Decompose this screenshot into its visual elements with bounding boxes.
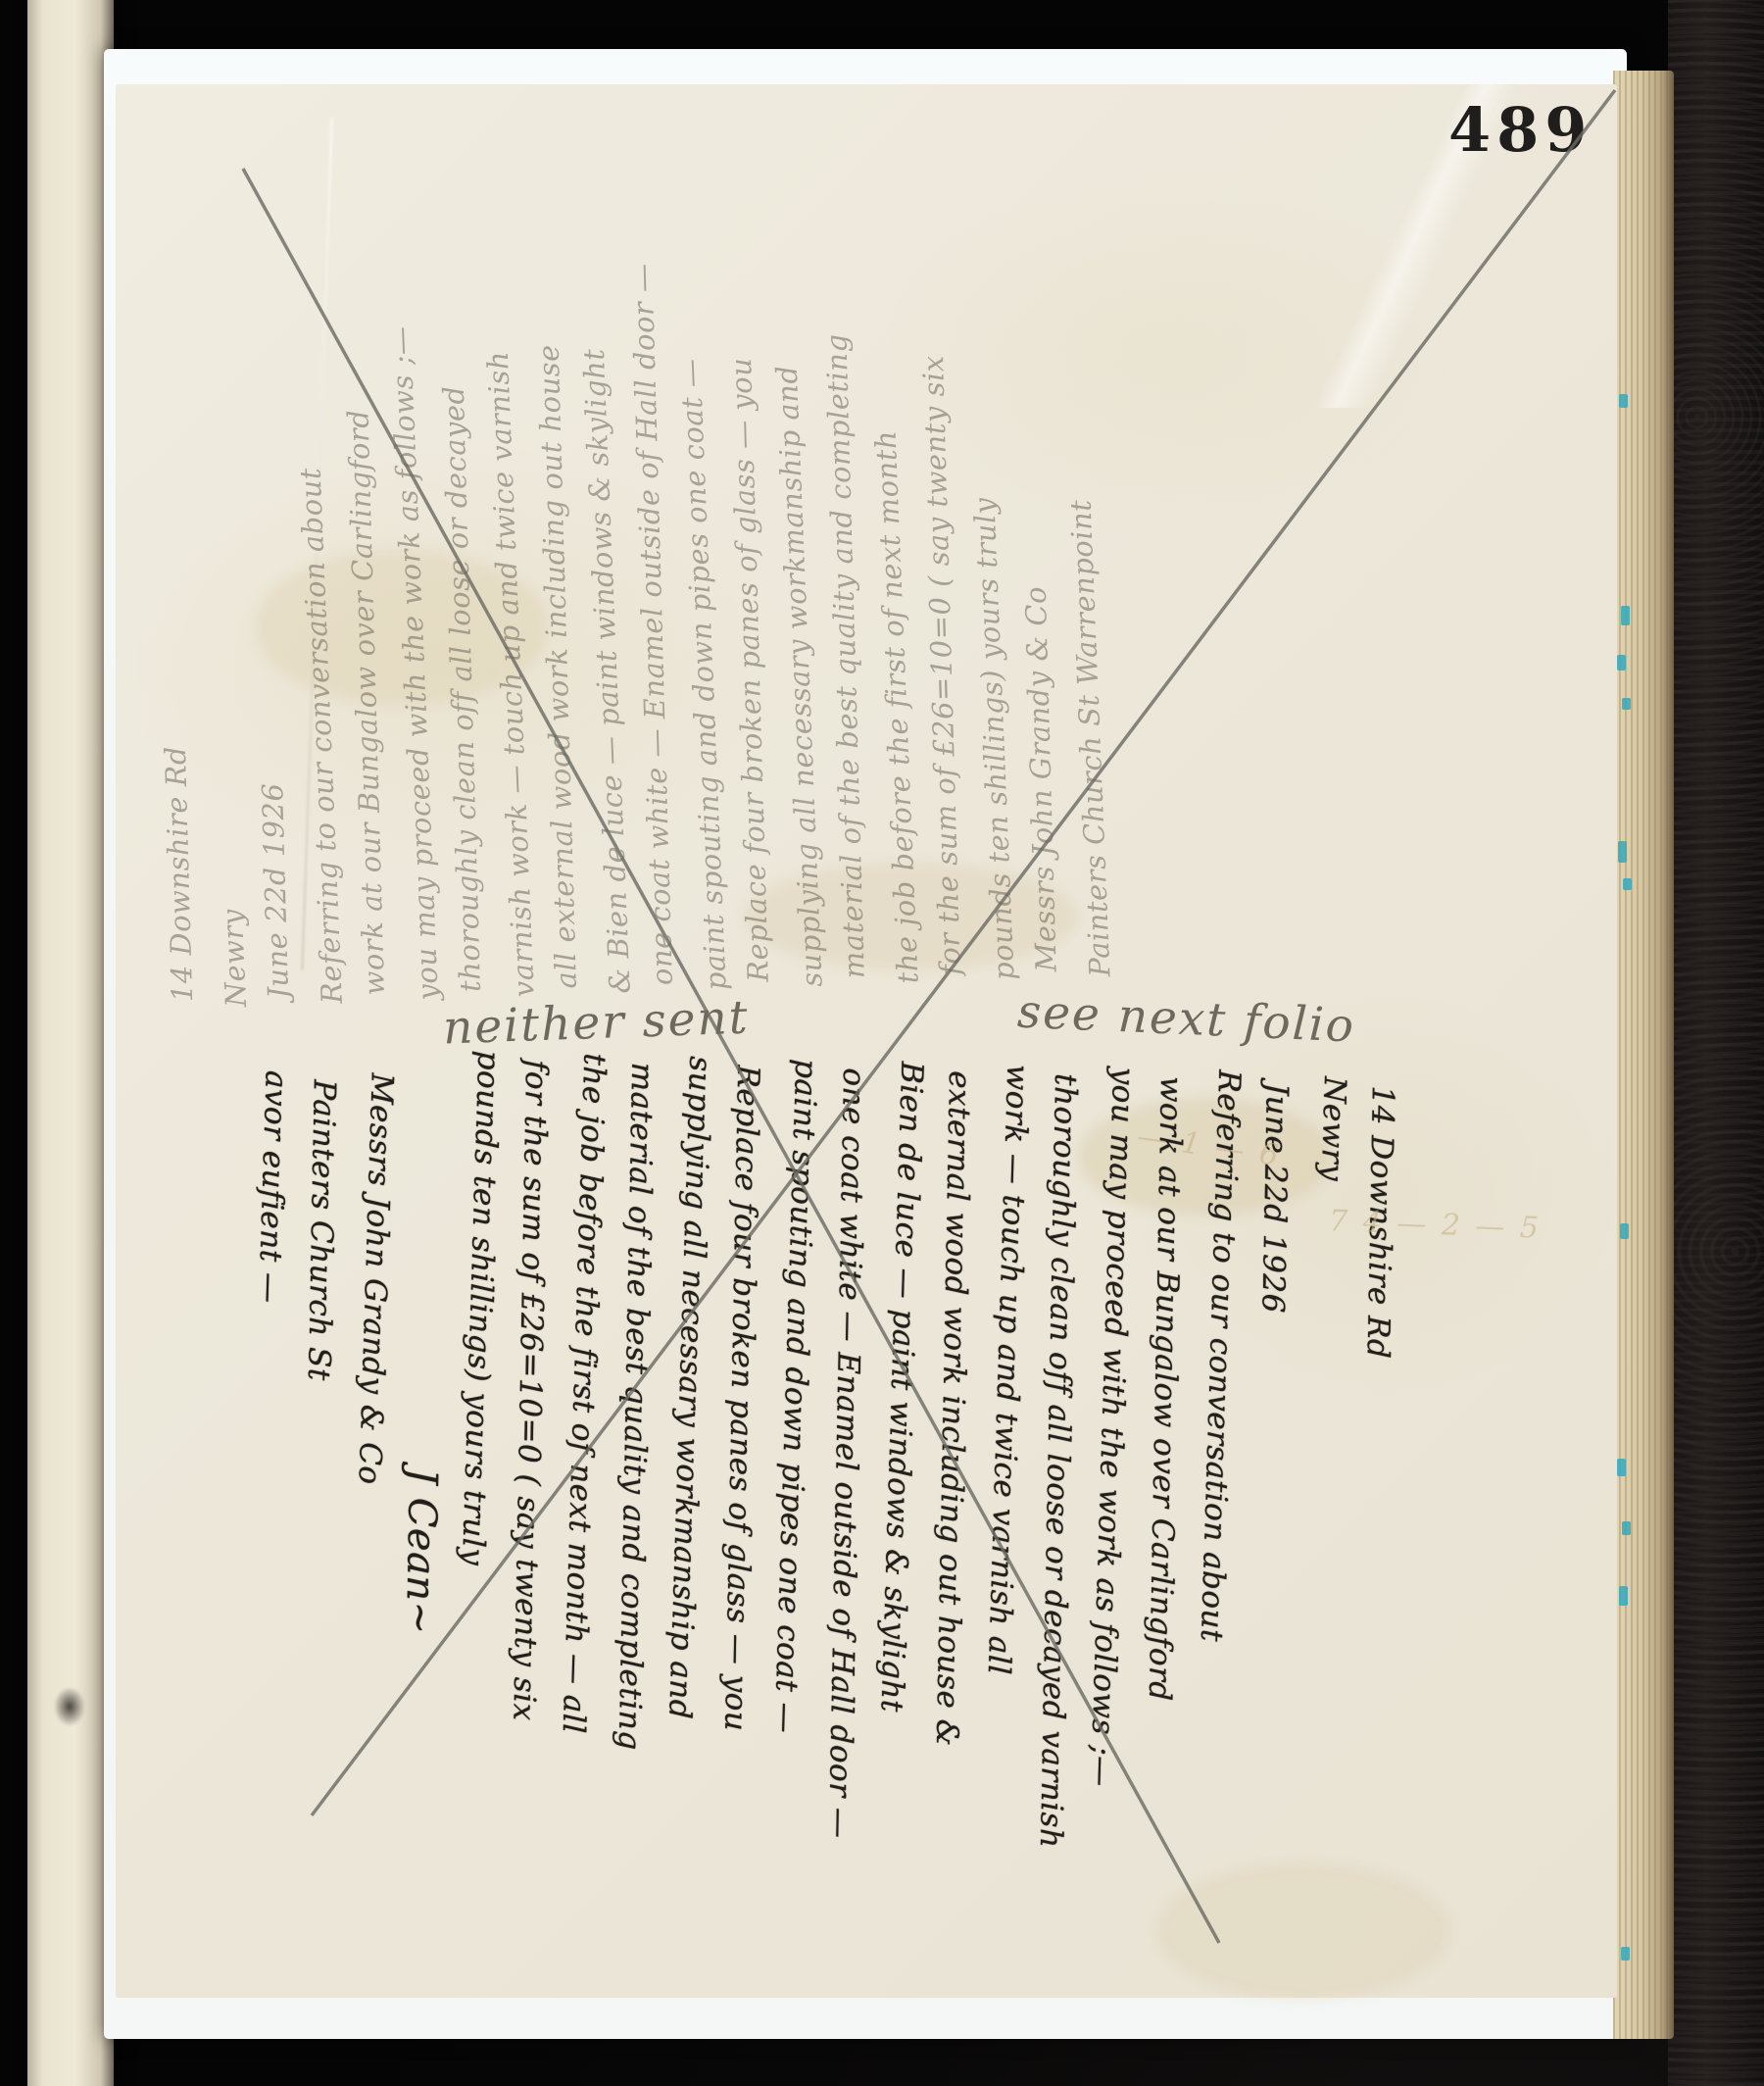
annotation-neither-sent: neither sent <box>442 991 750 1056</box>
teal-edge-mark <box>1617 655 1626 670</box>
facing-page-edge <box>27 0 114 2086</box>
edge-smudge <box>47 1678 92 1735</box>
top-letter-offset: 14 Downshire RdNewryJune 22d 1926Referri… <box>132 130 1131 1007</box>
teal-edge-mark <box>1619 1586 1628 1606</box>
teal-edge-mark <box>1619 394 1628 408</box>
bottom-letter: 14 Downshire RdNewryJune 22d 1926Referri… <box>216 1046 1412 1875</box>
book-binding-edge <box>1668 0 1764 2086</box>
teal-edge-mark <box>1621 1947 1630 1961</box>
paper-stain <box>1156 1862 1450 2000</box>
teal-edge-mark <box>1623 878 1632 890</box>
teal-edge-mark <box>1620 1223 1629 1239</box>
page-edge-stack <box>1613 71 1674 2039</box>
teal-edge-mark <box>1622 698 1631 710</box>
teal-edge-mark <box>1622 1521 1631 1535</box>
folio-number: 489 <box>1448 94 1592 166</box>
teal-edge-mark <box>1621 606 1630 625</box>
teal-edge-mark <box>1617 1459 1626 1476</box>
teal-edge-mark <box>1618 841 1627 863</box>
